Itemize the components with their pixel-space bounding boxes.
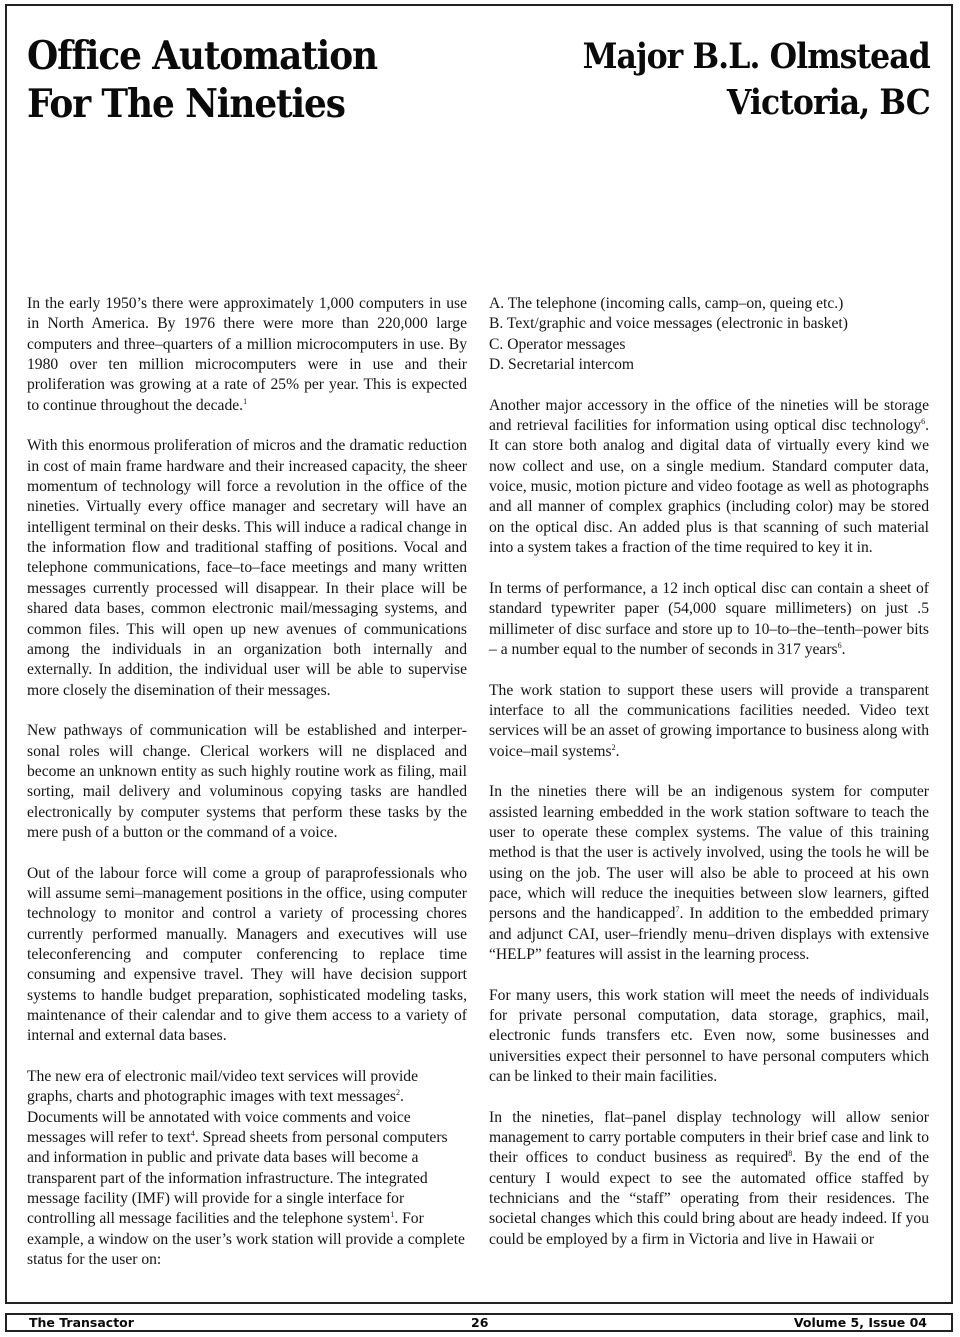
paragraph-intro: In the early 1950’s there were approxima… (27, 294, 467, 416)
paragraph-performance: In terms of performance, a 12 inch optic… (489, 579, 929, 660)
issue-label: Volume 5, Issue 04 (794, 1315, 927, 1330)
paragraph-paraprofessionals: Out of the labour force will come a grou… (27, 864, 467, 1047)
paragraph-pathways: New pathways of communication will be es… (27, 721, 467, 843)
paragraph-flat-panel: In the nineties, flat–panel display tech… (489, 1108, 929, 1250)
paragraph-many-users: For many users, this work station will m… (489, 986, 929, 1088)
right-column: A. The telephone (incoming calls, camp–o… (489, 294, 929, 1271)
list-item: A. The telephone (incoming calls, camp–o… (489, 294, 929, 314)
paragraph-work-station: The work station to support these users … (489, 681, 929, 762)
byline: Major B.L. Olmstead Victoria, BC (583, 34, 930, 126)
paragraph-computer-assisted-learning: In the nineties there will be an indigen… (489, 782, 929, 965)
list-item: D. Secretarial intercom (489, 355, 929, 375)
status-list: A. The telephone (incoming calls, camp–o… (489, 294, 929, 375)
list-item: C. Operator messages (489, 335, 929, 355)
list-item: B. Text/graphic and voice messages (elec… (489, 314, 929, 334)
footnote-ref: 1 (243, 397, 247, 406)
article-title: Office Automation For The Nineties (27, 32, 377, 128)
left-column: In the early 1950’s there were approxima… (27, 294, 467, 1271)
author-name: Major B.L. Olmstead (583, 34, 930, 80)
title-line-2: For The Nineties (27, 80, 377, 128)
page-number: 26 (471, 1315, 488, 1330)
title-line-1: Office Automation (27, 32, 377, 80)
magazine-name: The Transactor (29, 1315, 134, 1330)
paragraph-electronic-mail: The new era of electronic mail/video tex… (27, 1067, 467, 1270)
paragraph-proliferation: With this enormous proliferation of micr… (27, 436, 467, 700)
paragraph-optical-disc: Another major accessory in the office of… (489, 396, 929, 559)
author-location: Victoria, BC (583, 80, 930, 126)
page-footer: The Transactor 26 Volume 5, Issue 04 (5, 1313, 953, 1332)
